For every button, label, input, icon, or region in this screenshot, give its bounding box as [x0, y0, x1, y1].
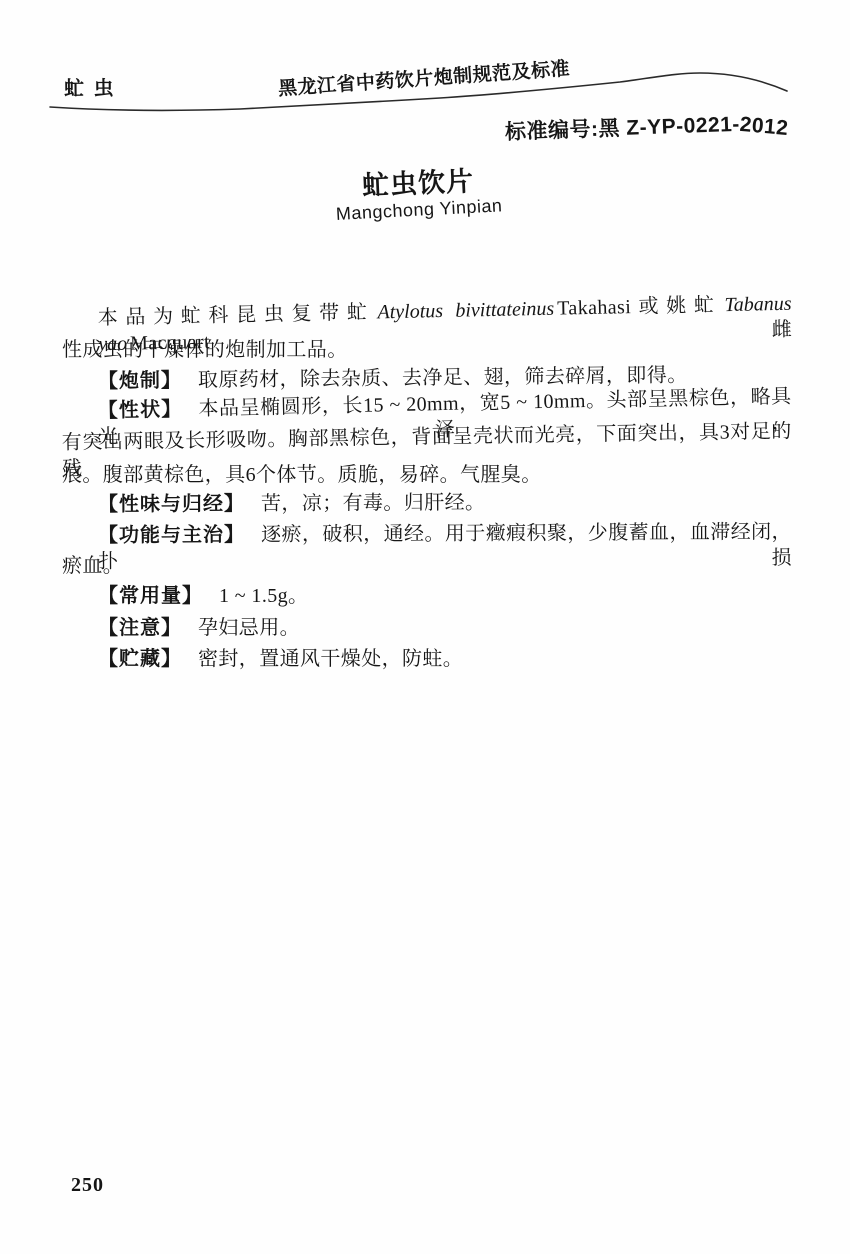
page-number: 250: [71, 1174, 104, 1197]
entry-text-xingwei: 苦，凉；有毒。归肝经。: [261, 492, 486, 515]
entry-label-gongneng: 【功能与主治】: [98, 524, 245, 547]
document-title: 虻虫饮片: [361, 159, 475, 203]
entry-text-changyongliang: 1 ~ 1.5g。: [219, 585, 308, 607]
header-rule: [42, 66, 797, 116]
entry-label-zhuyi: 【注意】: [98, 617, 182, 639]
entry-changyongliang: 【常用量】1 ~ 1.5g。: [62, 583, 792, 609]
document-page: 虻 虫 黑龙江省中药饮片炮制规范及标准 标准编号:黑 Z-YP-0221-201…: [0, 0, 850, 1254]
intro-seg-1: 本品为虻科昆虫复带虻: [97, 301, 374, 329]
entry-label-paozhi: 【炮制】: [98, 370, 182, 393]
entry-label-changyongliang: 【常用量】: [98, 585, 203, 607]
standard-number-year: 2012: [739, 113, 790, 141]
entry-xingzhuang-line-3: 痕。腹部黄棕色，具6个体节。质脆，易碎。气腥臭。: [62, 462, 792, 488]
entry-text-zhucang: 密封，置通风干燥处，防蛀。: [198, 648, 463, 670]
entry-zhuyi: 【注意】孕妇忌用。: [62, 615, 792, 641]
standard-number-prefix: 标准编号:黑 Z-YP-0221-: [505, 113, 741, 144]
intro-line-2: 性成虫的干燥体的炮制加工品。: [62, 337, 792, 363]
entry-label-zhucang: 【贮藏】: [98, 648, 182, 670]
entry-label-xingwei: 【性味与归经】: [98, 493, 245, 516]
entry-xingwei: 【性味与归经】苦，凉；有毒。归肝经。: [62, 488, 792, 518]
entry-gongneng-line-2: 瘀血。: [62, 553, 792, 579]
entry-label-xingzhuang: 【性状】: [97, 398, 182, 422]
entry-text-zhuyi: 孕妇忌用。: [198, 617, 300, 639]
entry-zhucang: 【贮藏】密封，置通风干燥处，防蛀。: [62, 646, 792, 672]
latin-name-1: Atylotus bivittateinus: [377, 298, 554, 324]
intro-seg-2: Takahasi或姚虻: [557, 294, 722, 319]
document-title-pinyin: Mangchong Yinpian: [335, 195, 502, 225]
